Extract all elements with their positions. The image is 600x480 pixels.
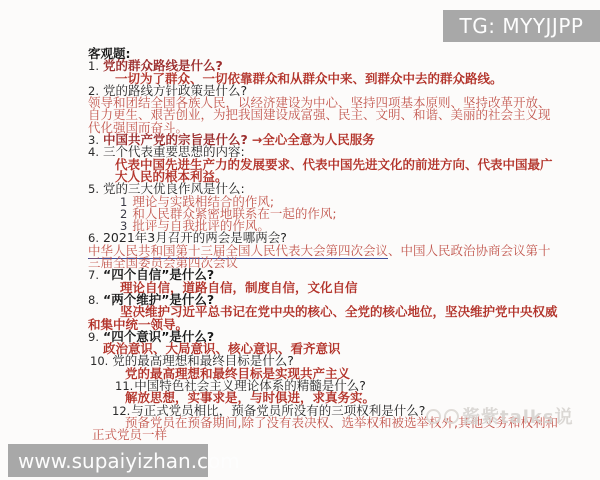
question-number: 5. xyxy=(88,182,99,196)
website-watermark-text: www.supaiyizhan.com xyxy=(18,449,240,473)
question-number: 8. xyxy=(88,293,99,307)
question-number: 1. xyxy=(88,59,99,73)
question-number: 4. xyxy=(88,145,99,159)
question-number: 10. xyxy=(90,354,108,368)
question-number: 9. xyxy=(88,330,99,344)
qa-document: 客观题: 1.党的群众路线是什么? 一切为了群众、一切依靠群众和从群众中来、到群… xyxy=(0,48,600,442)
social-watermark-text: 酱紫talks说 xyxy=(462,403,574,429)
question-number: 7. xyxy=(88,268,99,282)
answer-8-line: 坚决维护习近平总书记在党中央的核心、全党的核心地位，坚决维护党中央权威 xyxy=(120,306,600,318)
telegram-watermark-text: TG: MYYJJPP xyxy=(460,14,584,38)
social-watermark: 酱紫talks说 xyxy=(426,403,574,429)
watermark-logo-icon xyxy=(426,409,441,424)
answer-text: 、中国人民政治协商会议第十 xyxy=(388,243,551,258)
inline-answer: →全心全意为人民服务 xyxy=(252,132,375,147)
telegram-watermark: TG: MYYJJPP xyxy=(443,10,600,42)
website-watermark: www.supaiyizhan.com xyxy=(8,444,208,477)
answer-12-line: 正式党员一样 xyxy=(92,429,600,441)
watermark-logo-icon xyxy=(444,409,459,424)
scanned-document-page: 客观题: 1.党的群众路线是什么? 一切为了群众、一切依靠群众和从群众中来、到群… xyxy=(0,0,600,480)
